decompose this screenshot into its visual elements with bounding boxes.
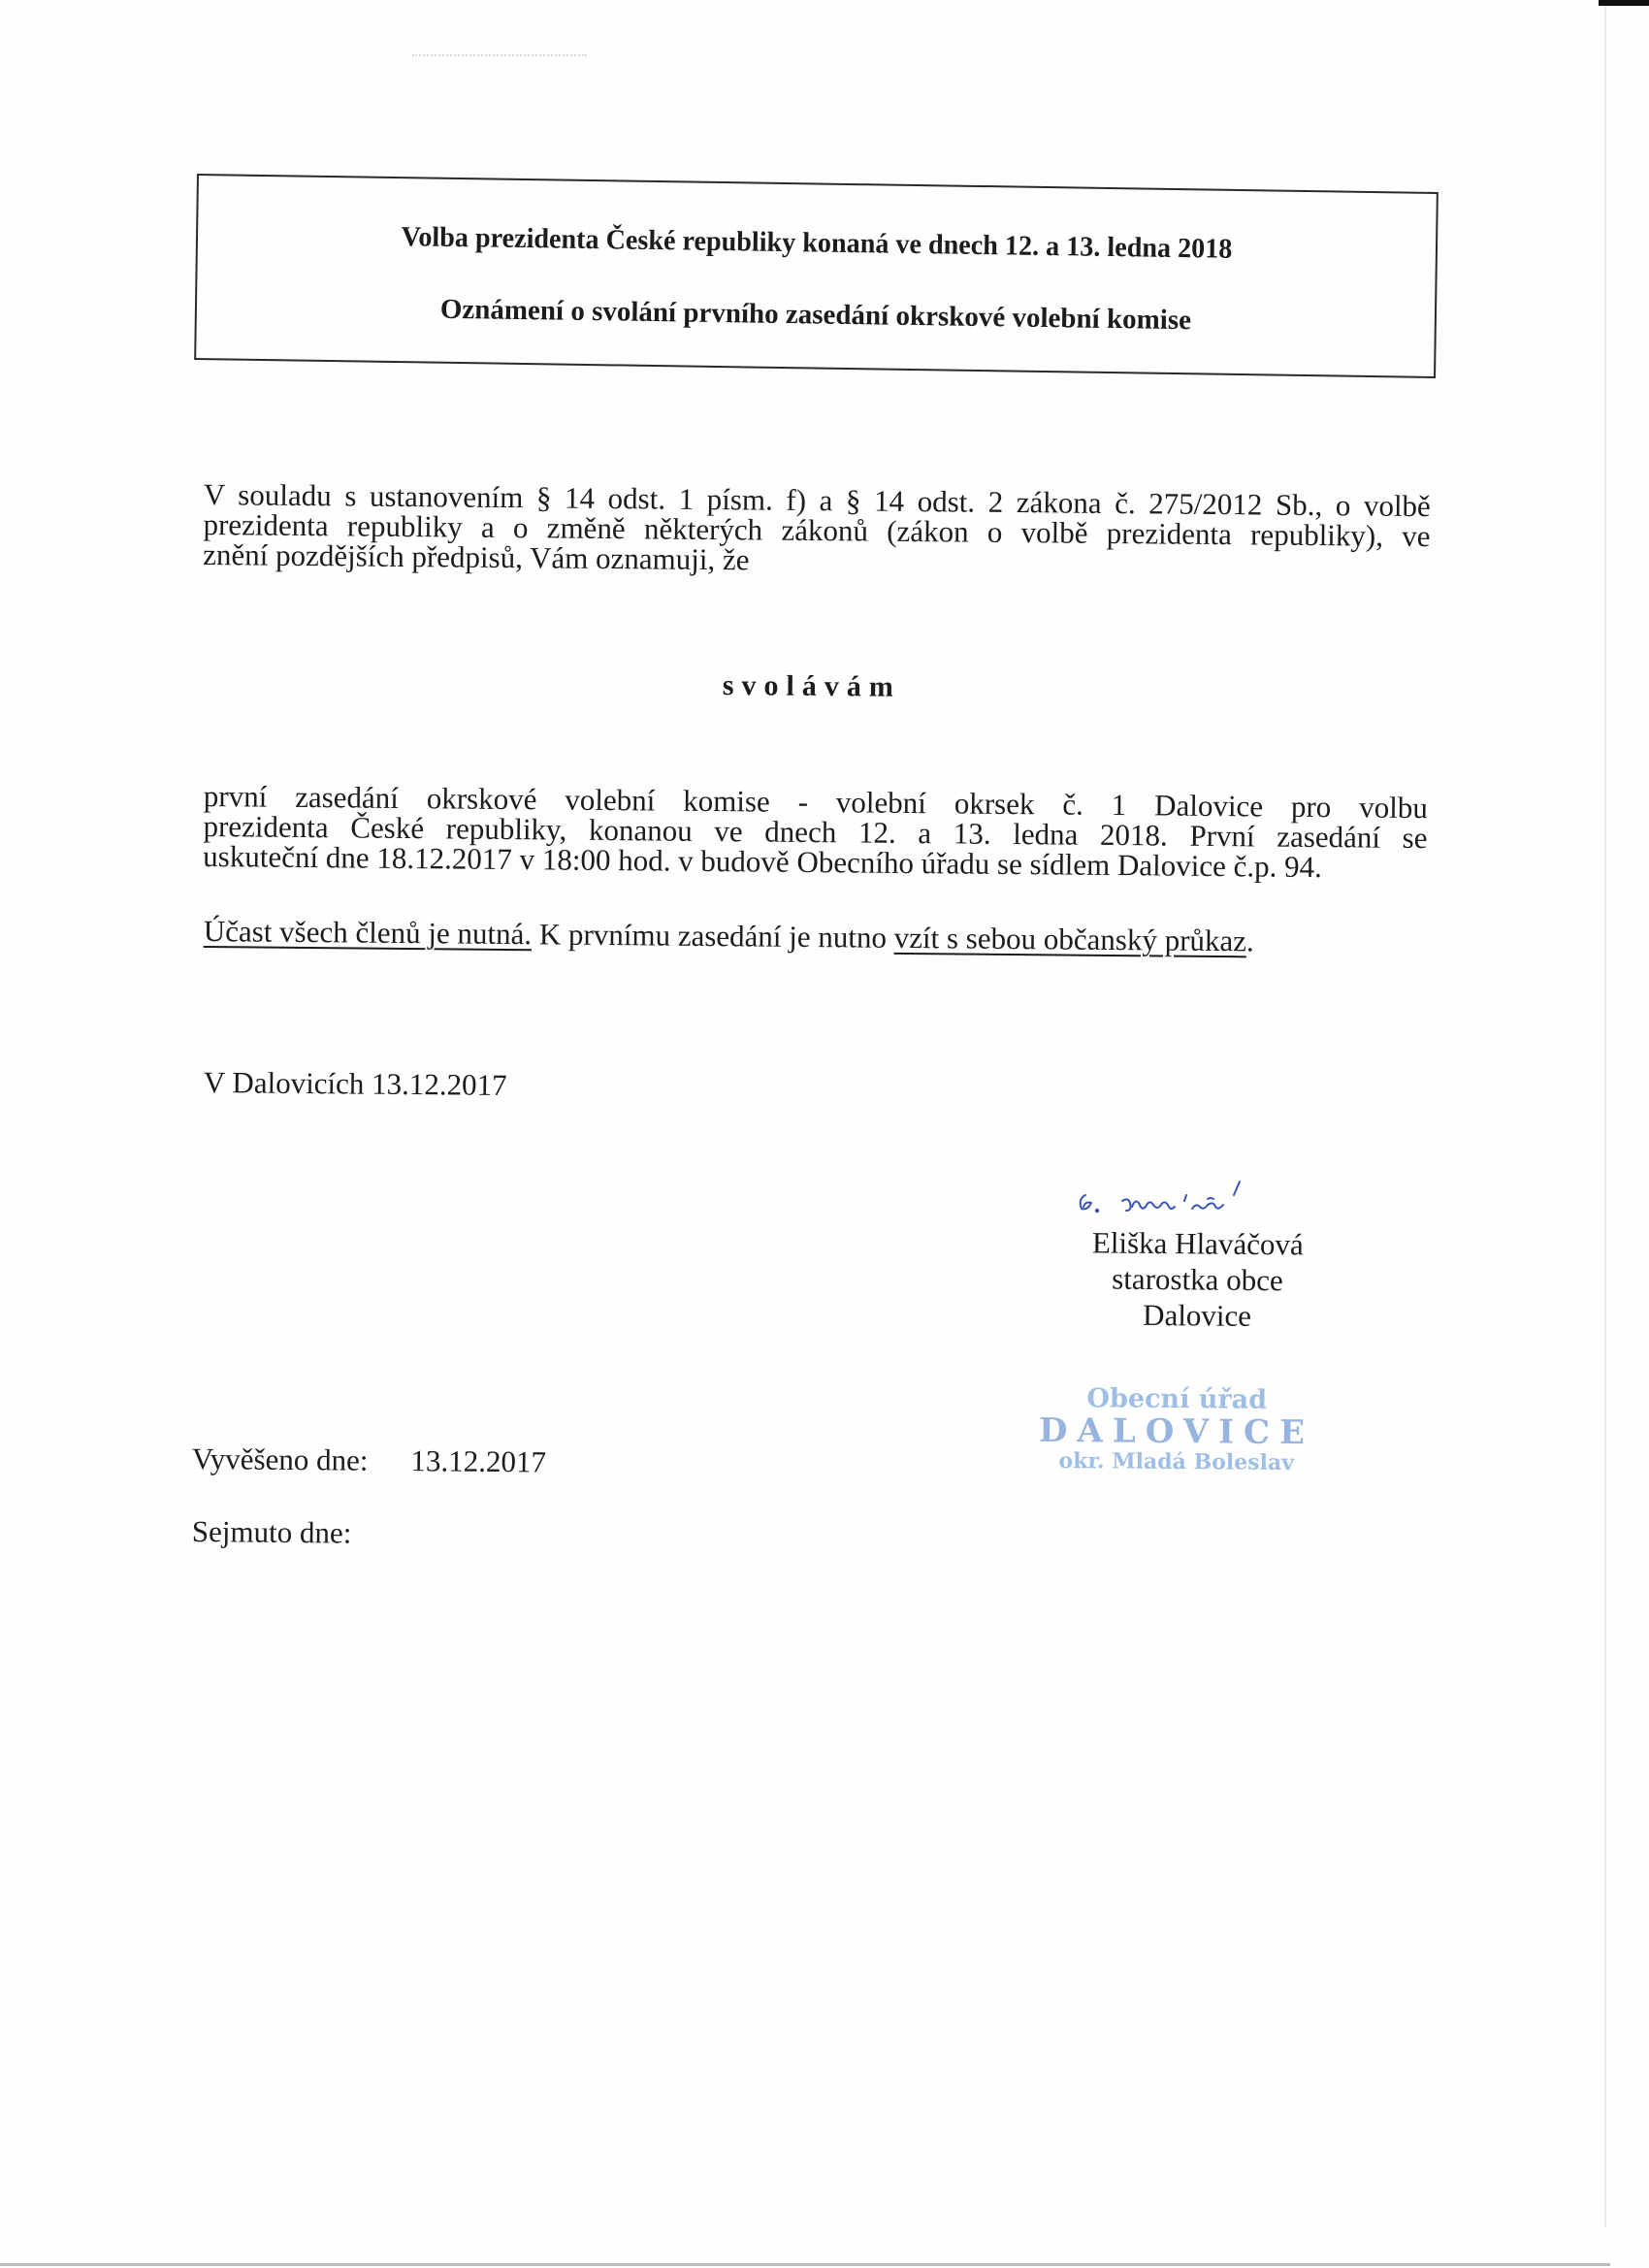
posted-value: 13.12.2017 — [410, 1443, 546, 1479]
removed-date-row: Sejmuto dne: — [192, 1514, 352, 1551]
convene-heading: svolávám — [723, 669, 901, 704]
intro-paragraph: V souladu s ustanovením § 14 odst. 1 pís… — [203, 479, 1431, 581]
signer-block: Eliška Hlaváčová starostka obce Dalovice — [1056, 1224, 1339, 1335]
document-title: Volba prezidenta České republiky konaná … — [216, 218, 1417, 268]
stamp-line-district: okr. Mladá Boleslav — [1036, 1448, 1317, 1476]
attendance-end-text: . — [1246, 923, 1254, 957]
session-paragraph: první zasedání okrskové volební komise -… — [203, 781, 1428, 883]
place-and-date: V Dalovicích 13.12.2017 — [204, 1065, 507, 1103]
attendance-middle-text: K prvnímu zasedání je nutno — [532, 917, 894, 955]
scan-edge-artifact — [0, 2263, 1610, 2266]
official-stamp: Obecní úřad DALOVICE okr. Mladá Boleslav — [1036, 1384, 1318, 1476]
removed-label: Sejmuto dne: — [192, 1514, 352, 1550]
posted-label: Vyvěšeno dne: — [192, 1442, 369, 1477]
signer-name: Eliška Hlaváčová — [1057, 1224, 1339, 1263]
id-card-required-text: vzít s sebou občanský průkaz — [894, 921, 1247, 957]
header-box: Volba prezidenta České republiky konaná … — [194, 174, 1439, 378]
document-subtitle: Oznámení o svolání prvního zasedání okrs… — [197, 290, 1435, 340]
scan-speck-artifact — [412, 54, 587, 59]
scan-edge-artifact — [1604, 6, 1606, 2227]
posted-date-row: Vyvěšeno dne:13.12.2017 — [192, 1442, 546, 1480]
attendance-notice: Účast všech členů je nutná. K prvnímu za… — [204, 914, 1254, 958]
stamp-line-municipality: DALOVICE — [1036, 1413, 1317, 1451]
signer-role: starostka obce Dalovice — [1056, 1260, 1339, 1335]
handwritten-signature-icon — [1062, 1176, 1353, 1224]
attendance-required-text: Účast všech členů je nutná. — [204, 914, 533, 951]
scanned-document-page: Volba prezidenta České republiky konaná … — [0, 0, 1649, 2268]
